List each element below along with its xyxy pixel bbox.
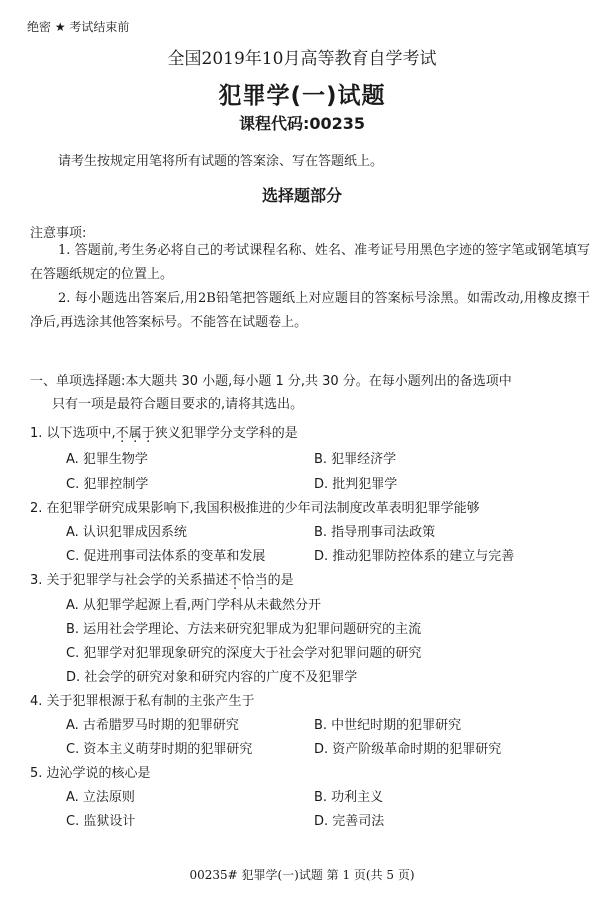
emphasis-char: 不 [116, 426, 129, 441]
option-c: C. 资本主义萌芽时期的犯罪研究 [66, 738, 252, 757]
option-a: A. 古希腊罗马时期的犯罪研究 [66, 714, 239, 733]
confidential-label: 绝密 ★ 考试结束前 [27, 18, 129, 35]
exam-title: 全国2019年10月高等教育自学考试 [0, 44, 604, 69]
option-a: A. 犯罪生物学 [66, 448, 148, 467]
question-stem-2: 2. 在犯罪学研究成果影响下,我国积极推进的少年司法制度改革表明犯罪学能够 [30, 497, 480, 516]
answer-instruction: 请考生按规定用笔将所有试题的答案涂、写在答题纸上。 [58, 150, 383, 169]
emphasis-char: 当 [255, 573, 268, 588]
part-title: 选择题部分 [0, 183, 604, 206]
page-footer: 00235# 犯罪学(一)试题 第 1 页(共 5 页) [0, 866, 604, 883]
option-a: A. 立法原则 [66, 786, 135, 805]
option-b: B. 中世纪时期的犯罪研究 [314, 714, 461, 733]
option-b: B. 指导刑事司法政策 [314, 521, 435, 540]
option-c: C. 犯罪控制学 [66, 473, 148, 492]
emphasis-char: 属 [129, 426, 142, 441]
course-code: 课程代码:00235 [0, 111, 604, 134]
question-stem-4: 4. 关于犯罪根源于私有制的主张产生于 [30, 690, 255, 709]
section-heading-line2: 只有一项是最符合题目要求的,请将其选出。 [30, 393, 580, 416]
question-stem-5: 5. 边沁学说的核心是 [30, 762, 151, 781]
emphasis-char: 不 [229, 573, 242, 588]
subject-title: 犯罪学(一)试题 [0, 77, 604, 110]
option-a: A. 认识犯罪成因系统 [66, 521, 187, 540]
option-c: C. 犯罪学对犯罪现象研究的深度大于社会学对犯罪问题的研究 [66, 642, 421, 661]
option-a: A. 从犯罪学起源上看,两门学科从未截然分开 [66, 594, 321, 613]
option-b: B. 运用社会学理论、方法来研究犯罪成为犯罪问题研究的主流 [66, 618, 421, 637]
option-b: B. 功利主义 [314, 786, 383, 805]
option-c: C. 监狱设计 [66, 810, 135, 829]
option-c: C. 促进刑事司法体系的变革和发展 [66, 545, 265, 564]
note-item: 2. 每小题选出答案后,用2B铅笔把答题纸上对应题目的答案标号涂黑。如需改动,用… [30, 287, 590, 335]
option-d: D. 社会学的研究对象和研究内容的广度不及犯罪学 [66, 666, 357, 685]
option-d: D. 完善司法 [314, 810, 384, 829]
option-d: D. 资产阶级革命时期的犯罪研究 [314, 738, 501, 757]
note-item: 1. 答题前,考生务必将自己的考试课程名称、姓名、准考证号用黑色字迹的签字笔或钢… [30, 239, 590, 287]
section-heading-line1: 一、单项选择题:本大题共 30 小题,每小题 1 分,共 30 分。在每小题列出… [30, 374, 512, 389]
section-heading: 一、单项选择题:本大题共 30 小题,每小题 1 分,共 30 分。在每小题列出… [30, 370, 580, 416]
emphasis-char: 于 [142, 426, 155, 441]
question-stem-1: 1. 以下选项中,不属于狭义犯罪学分支学科的是 [30, 422, 298, 441]
emphasis-char: 恰 [242, 573, 255, 588]
question-stem-3: 3. 关于犯罪学与社会学的关系描述不恰当的是 [30, 569, 294, 588]
option-d: D. 推动犯罪防控体系的建立与完善 [314, 545, 514, 564]
option-d: D. 批判犯罪学 [314, 473, 397, 492]
option-b: B. 犯罪经济学 [314, 448, 396, 467]
